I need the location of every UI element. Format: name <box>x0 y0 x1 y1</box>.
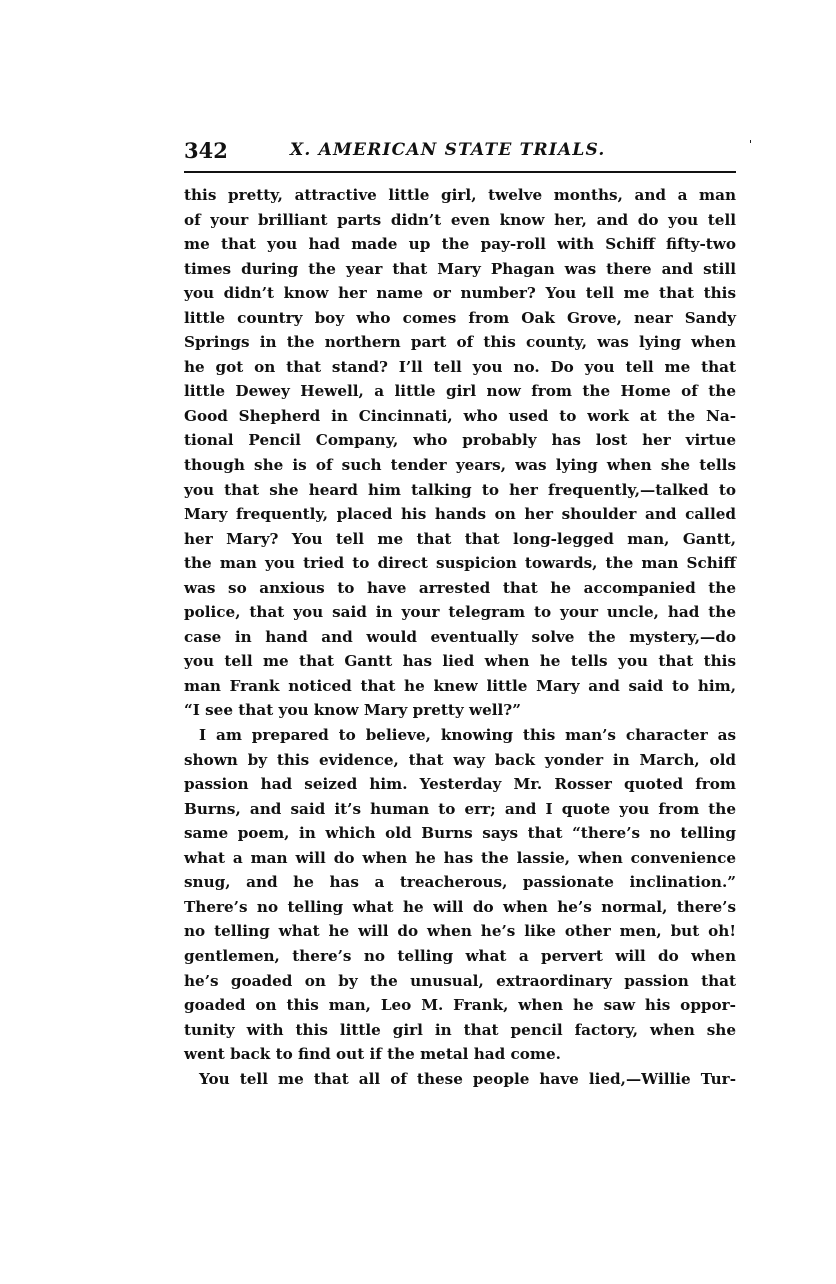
text-line: no telling what he will do when he’s lik… <box>184 919 736 944</box>
text-line: passion had seized him. Yesterday Mr. Ro… <box>184 772 736 797</box>
text-line-paragraph-end: went back to find out if the metal had c… <box>184 1042 736 1067</box>
header-rule <box>184 171 736 173</box>
body-text: this pretty, attractive little girl, twe… <box>184 183 736 1091</box>
text-line: little Dewey Hewell, a little girl now f… <box>184 379 736 404</box>
text-line: what a man will do when he has the lassi… <box>184 846 736 871</box>
text-line: shown by this evidence, that way back yo… <box>184 748 736 773</box>
text-line: her Mary? You tell me that that long-leg… <box>184 527 736 552</box>
text-line: Mary frequently, placed his hands on her… <box>184 502 736 527</box>
text-line: Burns, and said it’s human to err; and I… <box>184 797 736 822</box>
text-line: you that she heard him talking to her fr… <box>184 478 736 503</box>
text-line: same poem, in which old Burns says that … <box>184 821 736 846</box>
page-header: 342 X. AMERICAN STATE TRIALS. <box>184 138 736 168</box>
text-line: this pretty, attractive little girl, twe… <box>184 183 736 208</box>
text-line: There’s no telling what he will do when … <box>184 895 736 920</box>
text-line-paragraph-start: You tell me that all of these people hav… <box>184 1067 736 1092</box>
text-line: of your brilliant parts didn’t even know… <box>184 208 736 233</box>
text-line: the man you tried to direct suspicion to… <box>184 551 736 576</box>
text-line: you tell me that Gantt has lied when he … <box>184 649 736 674</box>
text-line: snug, and he has a treacherous, passiona… <box>184 870 736 895</box>
text-line: though she is of such tender years, was … <box>184 453 736 478</box>
text-line: goaded on this man, Leo M. Frank, when h… <box>184 993 736 1018</box>
text-line: tunity with this little girl in that pen… <box>184 1018 736 1043</box>
running-title: X. AMERICAN STATE TRIALS. <box>290 140 606 160</box>
text-line-paragraph-start: I am prepared to believe, knowing this m… <box>184 723 736 748</box>
page-number: 342 <box>184 138 228 163</box>
text-line: you didn’t know her name or number? You … <box>184 281 736 306</box>
text-line: police, that you said in your telegram t… <box>184 600 736 625</box>
text-line: Springs in the northern part of this cou… <box>184 330 736 355</box>
text-line: case in hand and would eventually solve … <box>184 625 736 650</box>
text-line-paragraph-end: “I see that you know Mary pretty well?” <box>184 698 736 723</box>
text-line: gentlemen, there’s no telling what a per… <box>184 944 736 969</box>
text-line: me that you had made up the pay-roll wit… <box>184 232 736 257</box>
text-line: times during the year that Mary Phagan w… <box>184 257 736 282</box>
scan-speck <box>750 140 751 143</box>
text-line: tional Pencil Company, who probably has … <box>184 428 736 453</box>
text-line: Good Shepherd in Cincinnati, who used to… <box>184 404 736 429</box>
book-page: 342 X. AMERICAN STATE TRIALS. this prett… <box>0 0 836 1284</box>
text-line: was so anxious to have arrested that he … <box>184 576 736 601</box>
text-line: he got on that stand? I’ll tell you no. … <box>184 355 736 380</box>
text-line: man Frank noticed that he knew little Ma… <box>184 674 736 699</box>
text-line: little country boy who comes from Oak Gr… <box>184 306 736 331</box>
text-line: he’s goaded on by the unusual, extraordi… <box>184 969 736 994</box>
